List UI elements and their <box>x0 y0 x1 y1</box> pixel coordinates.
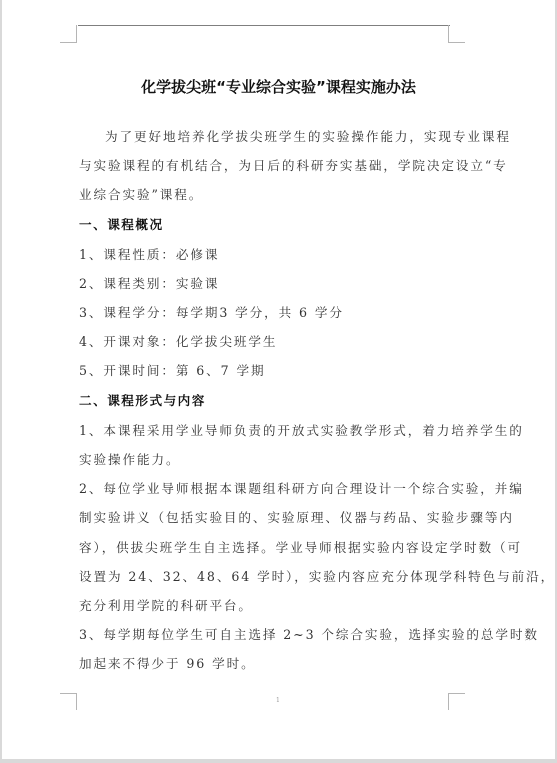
corner-mark-bottom-left <box>60 693 77 694</box>
list-item: 5、开课时间：第 6、7 学期 <box>79 360 265 379</box>
body-line: 加起来不得少于 96 学时。 <box>79 653 256 672</box>
body-line: 充分利用学院的科研平台。 <box>79 595 253 614</box>
corner-mark-top-right <box>448 42 465 43</box>
list-item: 3、课程学分：每学期3 学分，共 6 学分 <box>79 302 344 321</box>
corner-mark-top-left <box>60 42 77 43</box>
page-number: 1 <box>276 697 280 704</box>
body-line: 设置为 24、32、48、64 学时），实验内容应充分体现学科特色与前沿， <box>79 566 555 585</box>
corner-mark-bottom-left <box>76 693 77 710</box>
body-line: 实验操作能力。 <box>79 449 180 468</box>
body-line: 1、本课程采用学业导师负责的开放式实验教学形式，着力培养学生的 <box>79 420 524 439</box>
section-heading: 一、课程概况 <box>79 214 164 233</box>
list-item: 4、开课对象：化学拔尖班学生 <box>79 331 277 350</box>
intro-line: 业综合实验”课程。 <box>79 184 203 203</box>
list-item: 1、课程性质：必修课 <box>79 244 219 263</box>
corner-mark-top-right <box>448 25 449 43</box>
body-line: 制实验讲义（包括实验目的、实验原理、仪器与药品、实验步骤等内 <box>79 507 514 526</box>
document-title: 化学拔尖班“专业综合实验”课程实施办法 <box>0 76 557 97</box>
intro-line: 与实验课程的有机结合，为日后的科研夯实基础，学院决定设立“专 <box>79 155 508 174</box>
body-line: 容），供拔尖班学生自主选择。学业导师根据实验内容设定学时数（可 <box>79 537 522 556</box>
corner-mark-bottom-right <box>448 693 465 694</box>
header-line <box>78 25 450 26</box>
corner-mark-top-left <box>76 25 77 43</box>
section-heading: 二、课程形式与内容 <box>79 390 206 409</box>
intro-line: 为了更好地培养化学拔尖班学生的实验操作能力，实现专业课程 <box>105 126 511 145</box>
list-item: 2、课程类别：实验课 <box>79 273 219 292</box>
document-page <box>2 0 555 759</box>
body-line: 2、每位学业导师根据本课题组科研方向合理设计一个综合实验，并编 <box>79 478 524 497</box>
corner-mark-bottom-right <box>448 693 449 710</box>
body-line: 3、每学期每位学生可自主选择 2~3 个综合实验，选择实验的总学时数 <box>79 624 539 643</box>
